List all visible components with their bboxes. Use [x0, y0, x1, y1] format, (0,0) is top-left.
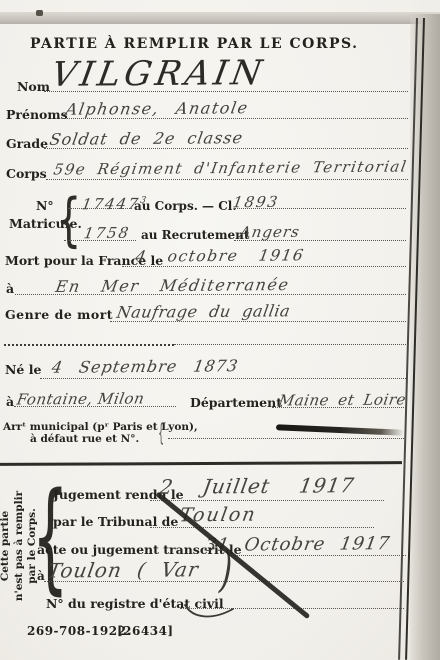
- arr-municipal-dotted-line: [168, 438, 406, 439]
- separator-dotted-light: [174, 344, 406, 345]
- matricule-corps-number-main: 17447: [80, 195, 141, 214]
- footer-reference-number: 269-708-1922.: [27, 624, 131, 638]
- prenoms-handwritten-value: Alphonse, Anatole: [64, 98, 250, 119]
- mort-lieu-value: En Mer Méditerranée: [54, 275, 291, 296]
- matricule-recr-number: 1758: [82, 224, 131, 242]
- arr-municipal-label-line2: à défaut rue et N°.: [30, 433, 139, 445]
- mort-dotted-line: [122, 266, 406, 267]
- sidebar-note-line1: Cette partie: [0, 488, 13, 604]
- genre-mort-label: Genre de mort: [5, 307, 113, 322]
- ne-lieu-label: à: [6, 394, 14, 409]
- scan-artifact: [36, 10, 43, 16]
- ne-le-label: Né le: [5, 362, 41, 377]
- nom-handwritten-value: VILGRAIN: [48, 53, 268, 95]
- matricule-label-no: N°: [36, 198, 54, 213]
- departement-label: Département: [190, 395, 282, 410]
- scanned-death-record-card: PARTIE À REMPLIR PAR LE CORPS. Nom VILGR…: [0, 0, 440, 660]
- sidebar-note-line2: n'est pas à remplir: [13, 488, 27, 604]
- grade-label: Grade: [6, 136, 48, 151]
- jugement-rendu-dotted: [150, 500, 384, 501]
- grade-handwritten-value: Soldat de 2e classe: [48, 128, 245, 149]
- jugement-tribunal-dotted: [150, 527, 374, 528]
- departement-value: Maine et Loire: [277, 390, 407, 409]
- arr-municipal-label-line1: Arrᵗ municipal (pʳ Paris et Lyon),: [3, 421, 198, 433]
- ink-scribble-mark: [276, 424, 404, 436]
- matricule-au-corps-text: au Corps. — Cl.: [134, 199, 237, 213]
- matricule-recr-place: Angers: [238, 223, 301, 242]
- mort-lieu-label: à: [6, 281, 14, 296]
- ne-le-value: 4 Septembre 1873: [50, 356, 240, 377]
- ne-le-dotted-line: [40, 378, 406, 379]
- corps-label: Corps: [6, 166, 47, 181]
- jugement-rendu-value: 2 Juillet 1917: [158, 473, 357, 499]
- scan-top-edge-band: [0, 12, 440, 24]
- genre-mort-value: Naufrage du gallia: [115, 301, 292, 322]
- matricule-classe-value: 1893: [231, 193, 280, 211]
- corps-handwritten-value: 59e Régiment d'Infanterie Territorial: [52, 157, 409, 178]
- section-divider-rule: [0, 461, 402, 465]
- mort-date-value: 4 octobre 1916: [134, 246, 306, 265]
- form-title: PARTIE À REMPLIR PAR LE CORPS.: [30, 36, 350, 52]
- registre-pen-squiggle: [183, 603, 235, 621]
- jugement-lieu-value: Toulon ( Var: [46, 557, 201, 582]
- prenoms-label: Prénoms: [6, 107, 68, 122]
- separator-dotted-dark: [4, 344, 174, 346]
- corps-dotted-line: [46, 179, 408, 180]
- ne-lieu-value: Fontaine, Milon: [15, 389, 145, 408]
- footer-bracket-number: [26434]: [117, 624, 174, 638]
- arr-municipal-bracket: {: [158, 421, 164, 445]
